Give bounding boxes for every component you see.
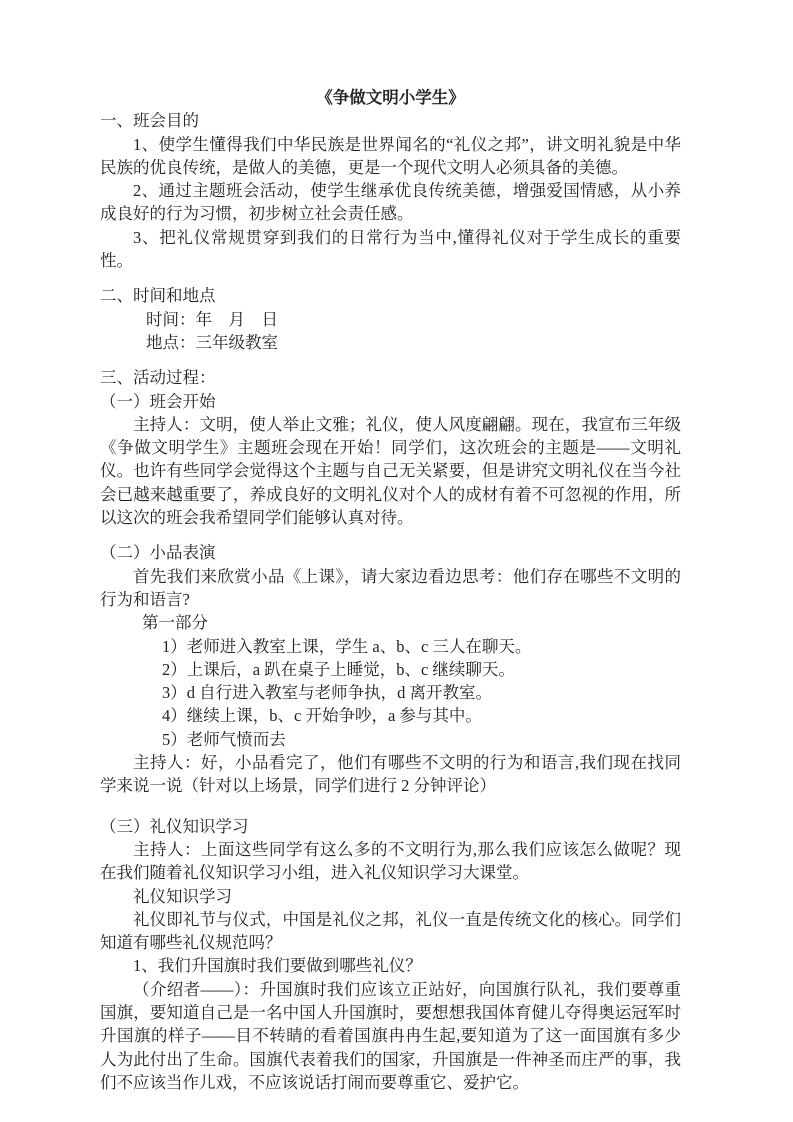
para-host-discussion: 主持人：好，小品看完了，他们有哪些不文明的行为和语言,我们现在找同学来说一说（针… [100,751,681,798]
para-etiquette-definition: 礼仪即礼节与仪式，中国是礼仪之邦，礼仪一直是传统文化的核心。同学们知道有哪些礼仪… [100,908,681,955]
heading-activity-process: 三、活动过程： [100,366,681,389]
para-objective-3: 3、把礼仪常规贯穿到我们的日常行为当中,懂得礼仪对于学生成长的重要性。 [100,226,681,273]
para-objective-1: 1、使学生懂得我们中华民族是世界闻名的“礼仪之邦”，讲文明礼貌是中华民族的优良传… [100,133,681,180]
line-etiquette-learning: 礼仪知识学习 [100,885,681,908]
heading-meeting-objectives: 一、班会目的 [100,109,681,132]
heading-time-place: 二、时间和地点 [100,284,681,307]
section-spacer [100,798,681,815]
heading-sub-meeting-start: （一）班会开始 [100,390,681,413]
para-host-opening: 主持人：文明，使人举止文雅；礼仪，使人风度翩翩。现在，我宣布三年级《争做文明学生… [100,413,681,529]
heading-sub-skit-performance: （二）小品表演 [100,541,681,564]
para-skit-intro: 首先我们来欣赏小品《上课》，请大家边看边思考：他们存在哪些不文明的行为和语言? [100,565,681,612]
document-page: 《争做文明小学生》 一、班会目的 1、使学生懂得我们中华民族是世界闻名的“礼仪之… [0,0,793,1122]
skit-step-2: 2）上课后，a 趴在桌子上睡觉，b、c 继续聊天。 [100,658,681,681]
line-place: 地点：三年级教室 [100,331,681,354]
para-flag-question: 1、我们升国旗时我们要做到哪些礼仪？ [100,954,681,977]
skit-step-1: 1）老师进入教室上课，学生 a、b、c 三人在聊天。 [100,635,681,658]
line-part-one: 第一部分 [100,611,681,634]
para-objective-2: 2、通过主题班会活动，使学生继承优良传统美德，增强爱国情感，从小养成良好的行为习… [100,179,681,226]
document-title: 《争做文明小学生》 [100,86,681,109]
para-flag-answer: （介绍者——）：升国旗时我们应该立正站好，向国旗行队礼，我们要尊重国旗，要知道自… [100,978,681,1094]
skit-step-3: 3）d 自行进入教室与老师争执，d 离开教室。 [100,681,681,704]
line-time: 时间：年 月 日 [100,308,681,331]
para-host-transition: 主持人：上面这些同学有这么多的不文明行为,那么我们应该怎么做呢？现在我们随着礼仪… [100,838,681,885]
section-spacer [100,272,681,284]
section-spacer [100,354,681,366]
skit-step-5: 5）老师气愤而去 [100,728,681,751]
section-spacer [100,529,681,541]
heading-sub-etiquette-learning: （三）礼仪知识学习 [100,815,681,838]
skit-step-4: 4）继续上课，b、c 开始争吵，a 参与其中。 [100,704,681,727]
